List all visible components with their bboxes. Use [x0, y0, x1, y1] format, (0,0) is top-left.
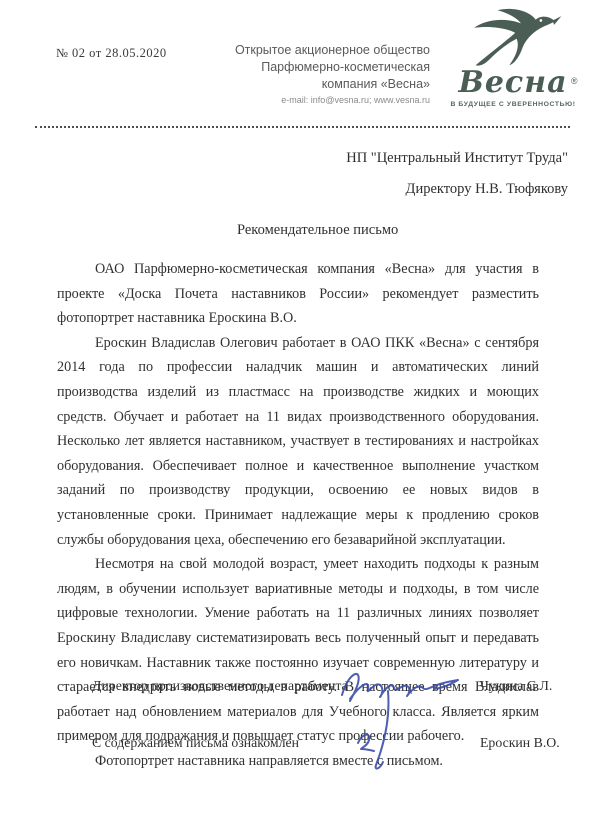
signature-chukina-icon	[342, 674, 458, 769]
dotted-divider	[35, 126, 570, 128]
company-line: Парфюмерно-косметическая	[160, 59, 430, 76]
company-line: Открытое акционерное общество	[160, 42, 430, 59]
signatory-position: Директор производственного департамента	[92, 678, 348, 694]
signatory-name: Чукина С.Л.	[480, 678, 552, 694]
body-paragraph: ОАО Парфюмерно-косметическая компания «В…	[57, 257, 539, 331]
addressee-organization: НП "Центральный Институт Труда"	[346, 143, 568, 174]
addressee-person: Директору Н.В. Тюфякову	[346, 174, 568, 205]
company-header: Открытое акционерное общество Парфюмерно…	[160, 42, 430, 108]
company-contacts: e-mail: info@vesna.ru; www.vesna.ru	[160, 93, 430, 108]
addressee-block: НП "Центральный Институт Труда" Директор…	[346, 143, 568, 205]
letter-title: Рекомендательное письмо	[237, 222, 398, 239]
doc-number: № 02 от 28.05.2020	[56, 46, 167, 61]
letter-page: № 02 от 28.05.2020 Открытое акционерное …	[0, 0, 594, 814]
company-logo: Весна® В БУДУЩЕЕ С УВЕРЕННОСТЬЮ!	[450, 8, 576, 126]
company-line: компания «Весна»	[160, 76, 430, 93]
logo-tagline: В БУДУЩЕЕ С УВЕРЕННОСТЬЮ!	[450, 101, 576, 108]
signature-eroskin-icon	[358, 735, 374, 751]
handwritten-signatures	[330, 655, 475, 785]
signatory-name: Ероскин В.О.	[480, 735, 560, 751]
body-paragraph: Ероскин Владислав Олегович работает в ОА…	[57, 331, 539, 552]
logo-brand: Весна®	[458, 68, 567, 98]
acknowledgement-label: С содержанием письма ознакомлен	[92, 735, 299, 751]
registered-mark: ®	[571, 66, 579, 96]
